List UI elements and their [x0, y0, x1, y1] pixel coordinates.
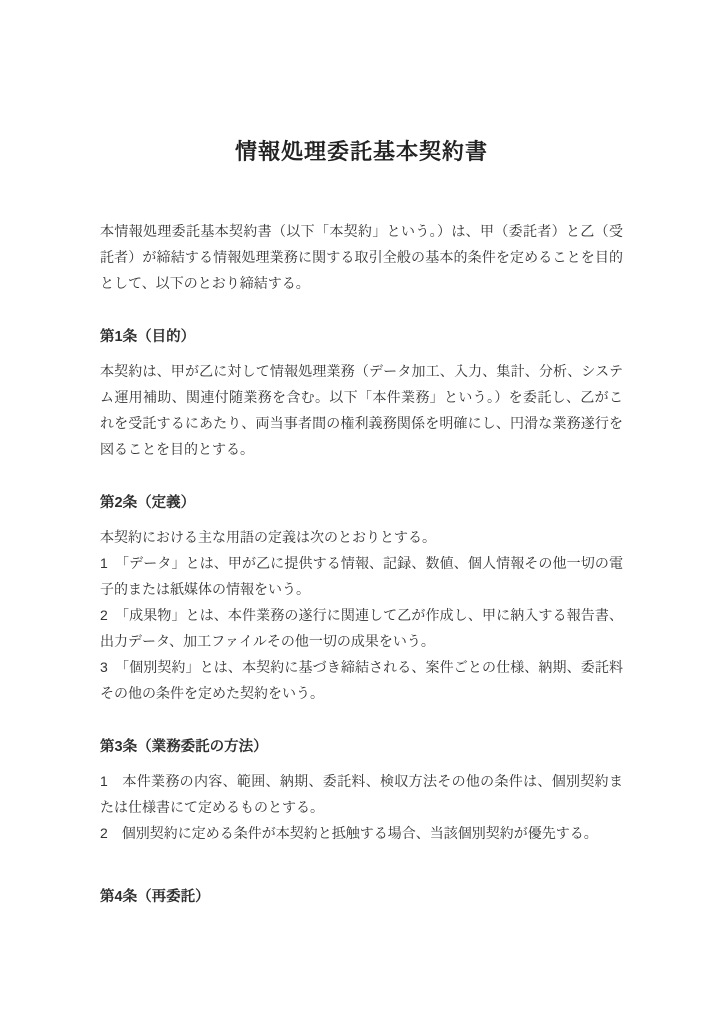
article-3-paragraph-2: 2 個別契約に定める条件が本契約と抵触する場合、当該個別契約が優先する。	[100, 820, 623, 846]
article-3-heading: 第3条（業務委託の方法）	[100, 734, 623, 760]
article-2-paragraph-4: 3 「個別契約」とは、本契約に基づき締結される、案件ごとの仕様、納期、委託料その…	[100, 654, 623, 706]
article-4-heading: 第4条（再委託）	[100, 884, 623, 910]
article-4: 第4条（再委託）	[100, 884, 623, 910]
article-2-paragraph-2: 1 「データ」とは、甲が乙に提供する情報、記録、数値、個人情報その他一切の電子的…	[100, 550, 623, 602]
intro-paragraph: 本情報処理委託基本契約書（以下「本契約」という。）は、甲（委託者）と乙（受託者）…	[100, 218, 623, 296]
article-2: 第2条（定義） 本契約における主な用語の定義は次のとおりとする。 1 「データ」…	[100, 490, 623, 706]
article-1-heading: 第1条（目的）	[100, 324, 623, 350]
article-2-paragraph-1: 本契約における主な用語の定義は次のとおりとする。	[100, 524, 623, 550]
article-3: 第3条（業務委託の方法） 1 本件業務の内容、範囲、納期、委託料、検収方法その他…	[100, 734, 623, 846]
article-1-paragraph-1: 本契約は、甲が乙に対して情報処理業務（データ加工、入力、集計、分析、システム運用…	[100, 358, 623, 462]
article-1: 第1条（目的） 本契約は、甲が乙に対して情報処理業務（データ加工、入力、集計、分…	[100, 324, 623, 462]
document-title: 情報処理委託基本契約書	[100, 138, 623, 166]
contract-document-page: 情報処理委託基本契約書 本情報処理委託基本契約書（以下「本契約」という。）は、甲…	[0, 0, 724, 1024]
article-3-paragraph-1: 1 本件業務の内容、範囲、納期、委託料、検収方法その他の条件は、個別契約または仕…	[100, 768, 623, 820]
article-2-heading: 第2条（定義）	[100, 490, 623, 516]
article-2-paragraph-3: 2 「成果物」とは、本件業務の遂行に関連して乙が作成し、甲に納入する報告書、出力…	[100, 602, 623, 654]
